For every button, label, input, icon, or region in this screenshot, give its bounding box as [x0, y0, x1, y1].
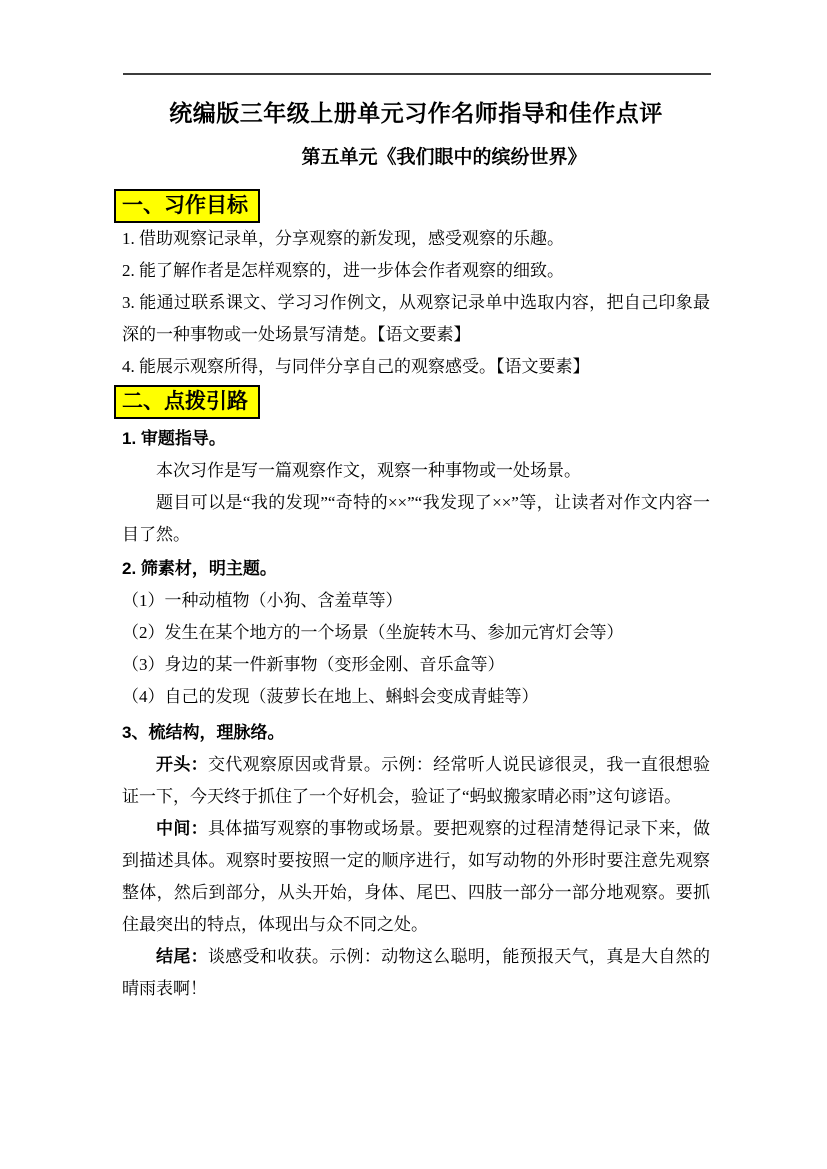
material-item-2: （2）发生在某个地方的一个场景（坐旋转木马、参加元宵灯会等） [122, 617, 710, 649]
subhead-structure: 3、梳结构，理脉络。 [122, 717, 710, 749]
text-opening: 交代观察原因或背景。示例：经常听人说民谚很灵，我一直很想验证一下，今天终于抓住了… [122, 755, 710, 806]
text-ending: 谈感受和收获。示例：动物这么聪明，能预报天气，真是大自然的晴雨表啊！ [122, 947, 710, 998]
material-item-1: （1）一种动植物（小狗、含羞草等） [122, 585, 710, 617]
document-content: 统编版三年级上册单元习作名师指导和佳作点评 第五单元《我们眼中的缤纷世界》 一、… [122, 98, 710, 1005]
section-goals: 一、习作目标 1. 借助观察记录单，分享观察的新发现，感受观察的乐趣。 2. 能… [122, 171, 710, 383]
structure-paragraph-middle: 中间：具体描写观察的事物或场景。要把观察的过程清楚得记录下来，做到描述具体。观察… [122, 813, 710, 941]
doc-subtitle: 第五单元《我们眼中的缤纷世界》 [178, 145, 710, 171]
header-rule [123, 73, 711, 75]
goal-item-3: 3. 能通过联系课文、学习习作例文，从观察记录单中选取内容，把自己印象最深的一种… [122, 287, 710, 351]
section-guide: 二、点拨引路 1. 审题指导。 本次习作是写一篇观察作文，观察一种事物或一处场景… [122, 383, 710, 1005]
goal-item-2: 2. 能了解作者是怎样观察的，进一步体会作者观察的细致。 [122, 255, 710, 287]
material-item-3: （3）身边的某一件新事物（变形金刚、音乐盒等） [122, 649, 710, 681]
structure-paragraph-opening: 开头：交代观察原因或背景。示例：经常听人说民谚很灵，我一直很想验证一下，今天终于… [122, 749, 710, 813]
text-middle: 具体描写观察的事物或场景。要把观察的过程清楚得记录下来，做到描述具体。观察时要按… [122, 819, 710, 934]
section-goals-heading: 一、习作目标 [114, 189, 260, 223]
goal-item-1: 1. 借助观察记录单，分享观察的新发现，感受观察的乐趣。 [122, 223, 710, 255]
doc-title: 统编版三年级上册单元习作名师指导和佳作点评 [122, 98, 710, 128]
document-page: 统编版三年级上册单元习作名师指导和佳作点评 第五单元《我们眼中的缤纷世界》 一、… [0, 0, 827, 1169]
section-guide-heading: 二、点拨引路 [114, 385, 260, 419]
label-opening: 开头： [156, 755, 208, 774]
material-item-4: （4）自己的发现（菠萝长在地上、蝌蚪会变成青蛙等） [122, 681, 710, 713]
subhead-topic: 1. 审题指导。 [122, 423, 710, 455]
topic-paragraph-1: 本次习作是写一篇观察作文，观察一种事物或一处场景。 [122, 455, 710, 487]
label-middle: 中间： [156, 819, 208, 838]
label-ending: 结尾： [156, 947, 208, 966]
topic-paragraph-2: 题目可以是“我的发现”“奇特的××”“我发现了××”等，让读者对作文内容一目了然… [122, 487, 710, 551]
structure-paragraph-ending: 结尾：谈感受和收获。示例：动物这么聪明，能预报天气，真是大自然的晴雨表啊！ [122, 941, 710, 1005]
subhead-material: 2. 筛素材，明主题。 [122, 553, 710, 585]
goal-item-4: 4. 能展示观察所得，与同伴分享自己的观察感受。【语文要素】 [122, 351, 710, 383]
